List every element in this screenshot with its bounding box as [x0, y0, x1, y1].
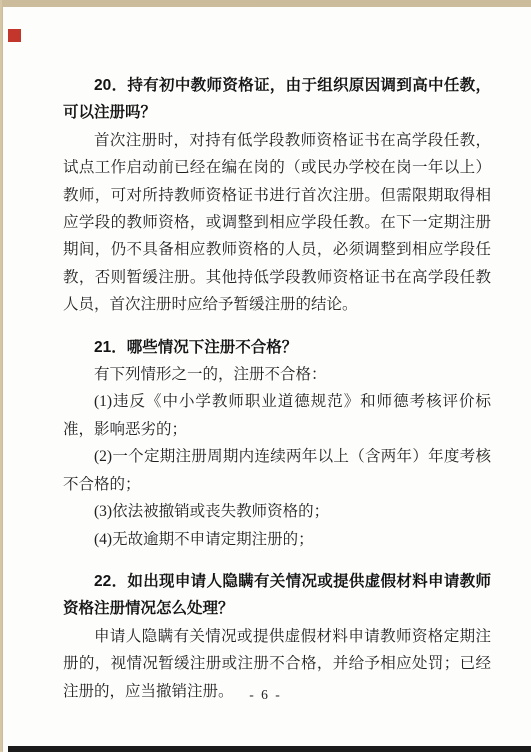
question-22-heading: 22．如出现申请人隐瞒有关情况或提供虚假材料申请教师资格注册情况怎么处理？: [63, 568, 491, 623]
answer-21-item-1: (1)违反《中小学教师职业道德规范》和师德考核评价标准，影响恶劣的；: [63, 388, 491, 443]
answer-21-item-4: (4)无故逾期不申请定期注册的；: [63, 526, 491, 553]
question-20-heading: 20．持有初中教师资格证，由于组织原因调到高中任教，可以注册吗？: [63, 72, 491, 127]
red-square-marker: [8, 29, 21, 42]
answer-21-intro: 有下列情形之一的，注册不合格：: [63, 361, 491, 388]
answer-21-item-3: (3)依法被撤销或丧失教师资格的；: [63, 498, 491, 525]
page-text-column: 20．持有初中教师资格证，由于组织原因调到高中任教，可以注册吗？ 首次注册时，对…: [63, 72, 491, 705]
scanned-document-page: { "document": { "blocks": [ { "role": "q…: [0, 0, 531, 752]
question-21-heading: 21．哪些情况下注册不合格？: [63, 334, 491, 361]
page-number: - 6 -: [0, 687, 531, 703]
page-bottom-edge: [8, 746, 531, 752]
answer-21-item-2: (2)一个定期注册周期内连续两年以上（含两年）年度考核不合格的；: [63, 443, 491, 498]
answer-20-paragraph: 首次注册时，对持有低学段教师资格证书在高学段任教，试点工作启动前已经在编在岗的（…: [63, 127, 491, 319]
